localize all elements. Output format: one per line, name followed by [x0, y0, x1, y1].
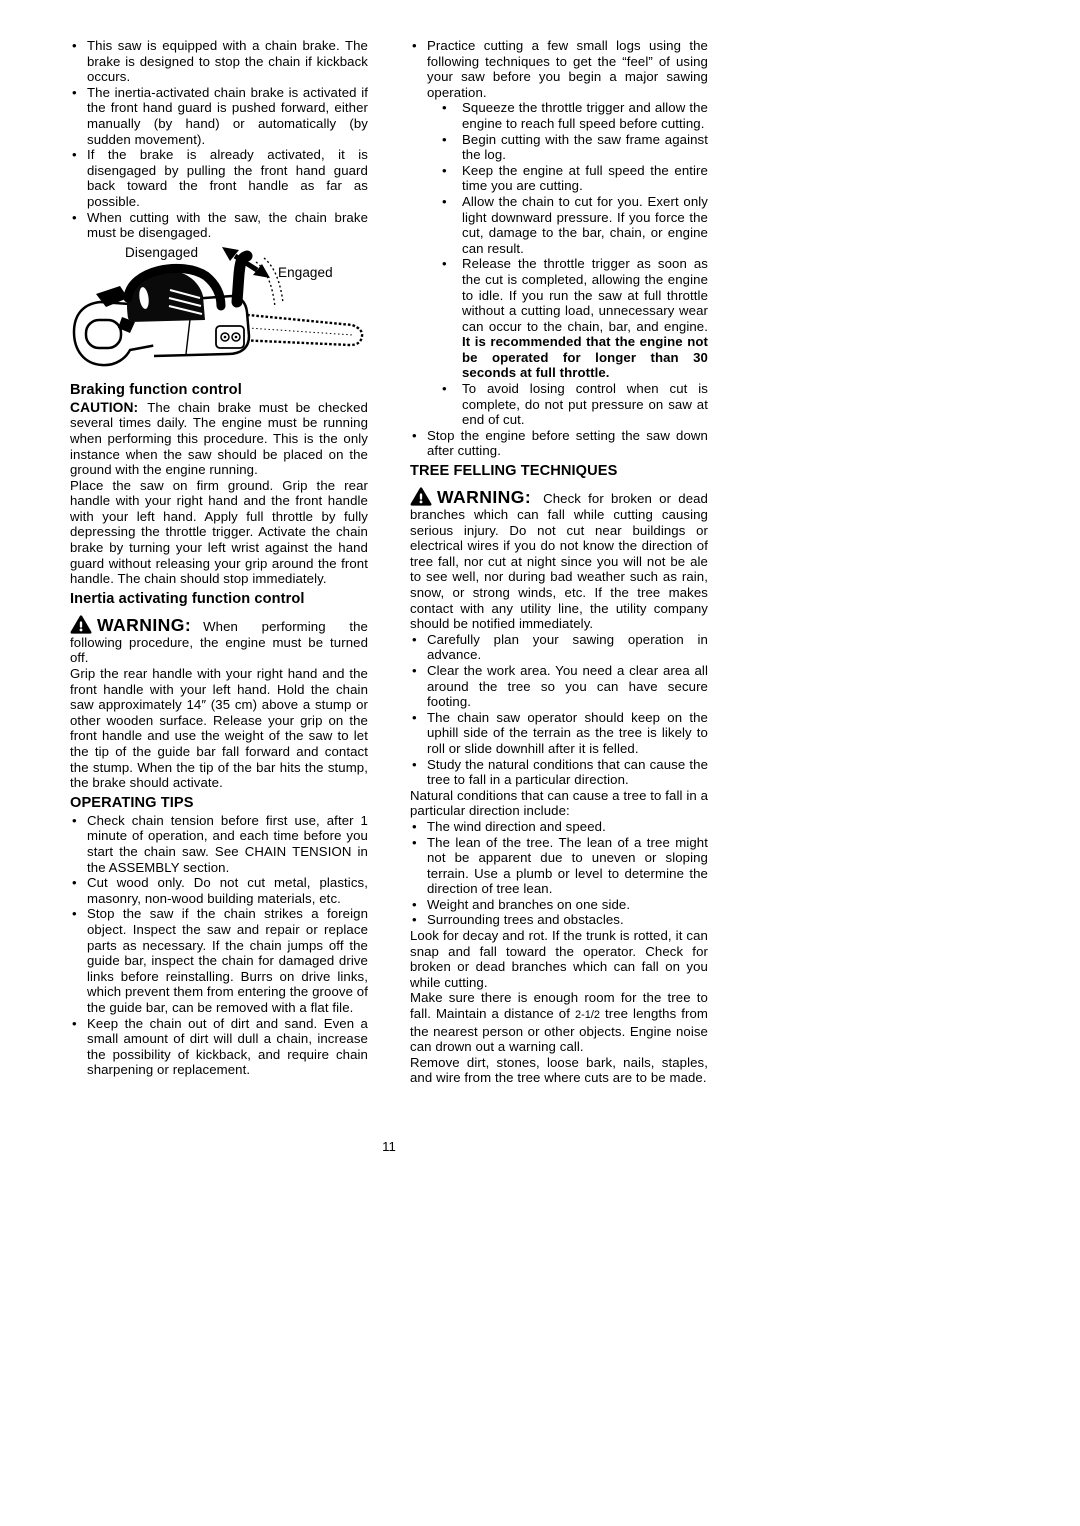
chainsaw-illustration: Disengaged Engaged	[70, 244, 368, 378]
bullet-text: If the brake is already activated, it is…	[87, 147, 368, 209]
list-item: • Stop the saw if the chain strikes a fo…	[70, 906, 368, 1015]
bullet-icon: •	[410, 897, 427, 913]
sub-list-item: • Keep the engine at full speed the enti…	[440, 163, 708, 194]
list-item: • Weight and branches on one side.	[410, 897, 708, 913]
bullet-text: Weight and branches on one side.	[427, 897, 708, 913]
list-item: • Practice cutting a few small logs usin…	[410, 38, 708, 100]
list-item: • The chain saw operator should keep on …	[410, 710, 708, 757]
caution-paragraph: CAUTION:The chain brake must be checked …	[70, 400, 368, 478]
bullet-text: To avoid losing control when cut is comp…	[462, 381, 708, 428]
bullet-text: Allow the chain to cut for you. Exert on…	[462, 194, 708, 256]
bullet-text: Check chain tension before first use, af…	[87, 813, 368, 875]
bullet-icon: •	[410, 835, 427, 897]
left-column: • This saw is equipped with a chain brak…	[70, 38, 368, 1078]
sub-list-item: • To avoid losing control when cut is co…	[440, 381, 708, 428]
bullet-text: Squeeze the throttle trigger and allow t…	[462, 100, 708, 131]
caution-label: CAUTION:	[70, 400, 138, 415]
list-item: • Keep the chain out of dirt and sand. E…	[70, 1016, 368, 1078]
bullet-icon: •	[410, 912, 427, 928]
disengaged-label: Disengaged	[125, 245, 198, 260]
release-text: Release the throttle trigger as soon as …	[462, 256, 708, 333]
bullet-icon: •	[70, 147, 87, 209]
bullet-icon: •	[440, 256, 462, 381]
bullet-text: Release the throttle trigger as soon as …	[462, 256, 708, 381]
bullet-text: Carefully plan your sawing operation in …	[427, 632, 708, 663]
bullet-text: Stop the engine before setting the saw d…	[427, 428, 708, 459]
sub-list-item: • Release the throttle trigger as soon a…	[440, 256, 708, 381]
bullet-icon: •	[410, 428, 427, 459]
bullet-text: Clear the work area. You need a clear ar…	[427, 663, 708, 710]
bullet-text: The wind direction and speed.	[427, 819, 708, 835]
right-column: • Practice cutting a few small logs usin…	[410, 38, 708, 1086]
sub-list-item: • Allow the chain to cut for you. Exert …	[440, 194, 708, 256]
list-item: • The wind direction and speed.	[410, 819, 708, 835]
page-number: 11	[70, 1139, 708, 1154]
bullet-text: The inertia-activated chain brake is act…	[87, 85, 368, 147]
bullet-icon: •	[70, 875, 87, 906]
release-bold-text: It is recommended that the engine not be…	[462, 334, 708, 380]
bullet-text: When cutting with the saw, the chain bra…	[87, 210, 368, 241]
guide-bar	[238, 314, 362, 345]
bullet-icon: •	[410, 710, 427, 757]
bullet-text: Keep the engine at full speed the entire…	[462, 163, 708, 194]
warning-triangle-icon	[70, 615, 92, 635]
paragraph: Make sure there is enough room for the t…	[410, 990, 708, 1054]
bullet-text: Keep the chain out of dirt and sand. Eve…	[87, 1016, 368, 1078]
bullet-text: Surrounding trees and obstacles.	[427, 912, 708, 928]
bullet-text: Stop the saw if the chain strikes a fore…	[87, 906, 368, 1015]
bullet-icon: •	[440, 194, 462, 256]
section-heading-inertia: Inertia activating function control	[70, 591, 368, 608]
bullet-icon: •	[440, 381, 462, 428]
list-item: • This saw is equipped with a chain brak…	[70, 38, 368, 85]
bullet-icon: •	[440, 163, 462, 194]
bullet-text: Practice cutting a few small logs using …	[427, 38, 708, 100]
warning-label: WARNING:	[97, 615, 191, 635]
list-item: • Clear the work area. You need a clear …	[410, 663, 708, 710]
bullet-icon: •	[410, 757, 427, 788]
section-heading-braking: Braking function control	[70, 382, 368, 399]
bullet-text: The chain saw operator should keep on th…	[427, 710, 708, 757]
paragraph: Grip the rear handle with your right han…	[70, 666, 368, 791]
list-item: • If the brake is already activated, it …	[70, 147, 368, 209]
list-item: • Check chain tension before first use, …	[70, 813, 368, 875]
paragraph: Remove dirt, stones, loose bark, nails, …	[410, 1055, 708, 1086]
list-item: • Cut wood only. Do not cut metal, plast…	[70, 875, 368, 906]
fraction-text: 2-1/2	[575, 1009, 600, 1021]
section-heading-operating-tips: OPERATING TIPS	[70, 795, 368, 812]
bullet-text: This saw is equipped with a chain brake.…	[87, 38, 368, 85]
sub-list-item: • Squeeze the throttle trigger and allow…	[440, 100, 708, 131]
bullet-icon: •	[440, 100, 462, 131]
bullet-icon: •	[410, 632, 427, 663]
bullet-icon: •	[70, 1016, 87, 1078]
bullet-icon: •	[70, 906, 87, 1015]
list-item: • Study the natural conditions that can …	[410, 757, 708, 788]
list-item: • The lean of the tree. The lean of a tr…	[410, 835, 708, 897]
warning-triangle-icon	[410, 487, 432, 507]
sub-list-item: • Begin cutting with the saw frame again…	[440, 132, 708, 163]
bullet-icon: •	[70, 38, 87, 85]
list-item: • Stop the engine before setting the saw…	[410, 428, 708, 459]
bullet-icon: •	[410, 663, 427, 710]
bullet-icon: •	[410, 38, 427, 100]
bullet-text: The lean of the tree. The lean of a tree…	[427, 835, 708, 897]
bullet-icon: •	[440, 132, 462, 163]
bullet-icon: •	[70, 210, 87, 241]
list-item: • Carefully plan your sawing operation i…	[410, 632, 708, 663]
bullet-icon: •	[410, 819, 427, 835]
manual-page: • This saw is equipped with a chain brak…	[0, 0, 1080, 1526]
warning-text: Check for broken or dead branches which …	[410, 491, 708, 631]
paragraph: Place the saw on firm ground. Grip the r…	[70, 478, 368, 587]
list-item: • The inertia-activated chain brake is a…	[70, 85, 368, 147]
bullet-text: Study the natural conditions that can ca…	[427, 757, 708, 788]
bullet-text: Cut wood only. Do not cut metal, plastic…	[87, 875, 368, 906]
warning-paragraph: WARNING:When performing the following pr…	[70, 615, 368, 666]
bullet-text: Begin cutting with the saw frame against…	[462, 132, 708, 163]
bullet-icon: •	[70, 813, 87, 875]
warning-label: WARNING:	[437, 487, 531, 507]
warning-paragraph: WARNING:Check for broken or dead branche…	[410, 487, 708, 632]
paragraph: Natural conditions that can cause a tree…	[410, 788, 708, 819]
engaged-label: Engaged	[278, 265, 333, 280]
paragraph: Look for decay and rot. If the trunk is …	[410, 928, 708, 990]
section-heading-tree-felling: TREE FELLING TECHNIQUES	[410, 463, 708, 480]
list-item: • When cutting with the saw, the chain b…	[70, 210, 368, 241]
bullet-icon: •	[70, 85, 87, 147]
list-item: • Surrounding trees and obstacles.	[410, 912, 708, 928]
